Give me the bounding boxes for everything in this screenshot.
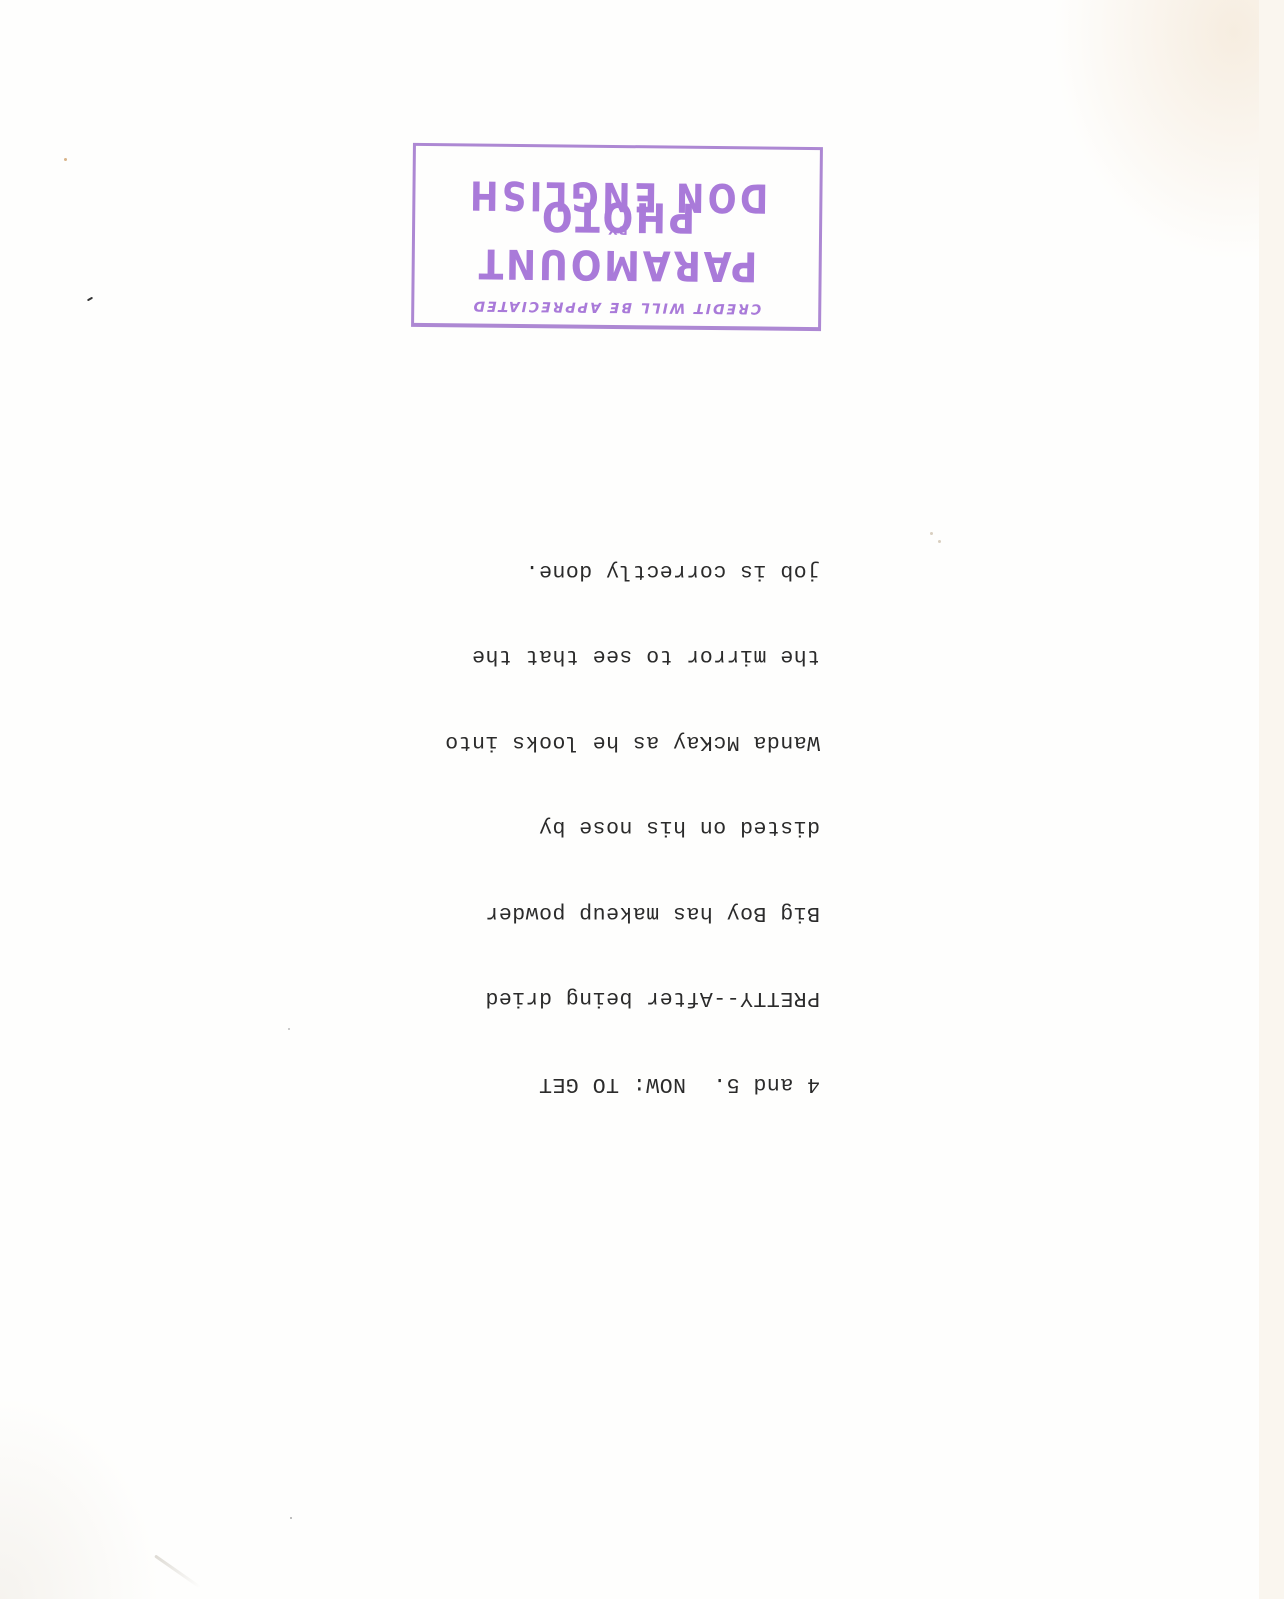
- paper-speck: [288, 1028, 290, 1030]
- paper-speck: [930, 532, 933, 535]
- caption-line: disted on his nose by: [340, 813, 820, 842]
- caption-line: 4 and 5. NOW: TO GET: [340, 1070, 820, 1099]
- photo-back-paper: CREDIT WILL BE APPRECIATED PARAMOUNT PHO…: [0, 0, 1260, 1599]
- caption-line: job is correctly done.: [340, 557, 820, 586]
- stamp-credit-line: CREDIT WILL BE APPRECIATED: [414, 297, 818, 317]
- caption-line: Big Boy has makeup powder: [340, 899, 820, 928]
- paramount-photo-credit-stamp: CREDIT WILL BE APPRECIATED PARAMOUNT PHO…: [411, 143, 823, 331]
- caption-line: Wanda McKay as he looks into: [340, 728, 820, 757]
- scan-background-edge: [1259, 0, 1284, 1599]
- typewritten-caption: 4 and 5. NOW: TO GET PRETTY--After being…: [340, 940, 820, 1155]
- caption-line: the mirror to see that the: [340, 642, 820, 671]
- caption-line: PRETTY--After being dried: [340, 984, 820, 1013]
- paper-speck: [64, 158, 67, 161]
- paper-speck: [87, 297, 93, 302]
- paper-speck: [938, 540, 941, 543]
- stamp-photographer: DON ENGLISH: [445, 171, 789, 221]
- paper-speck: [154, 1554, 201, 1588]
- paper-speck: [290, 1517, 292, 1519]
